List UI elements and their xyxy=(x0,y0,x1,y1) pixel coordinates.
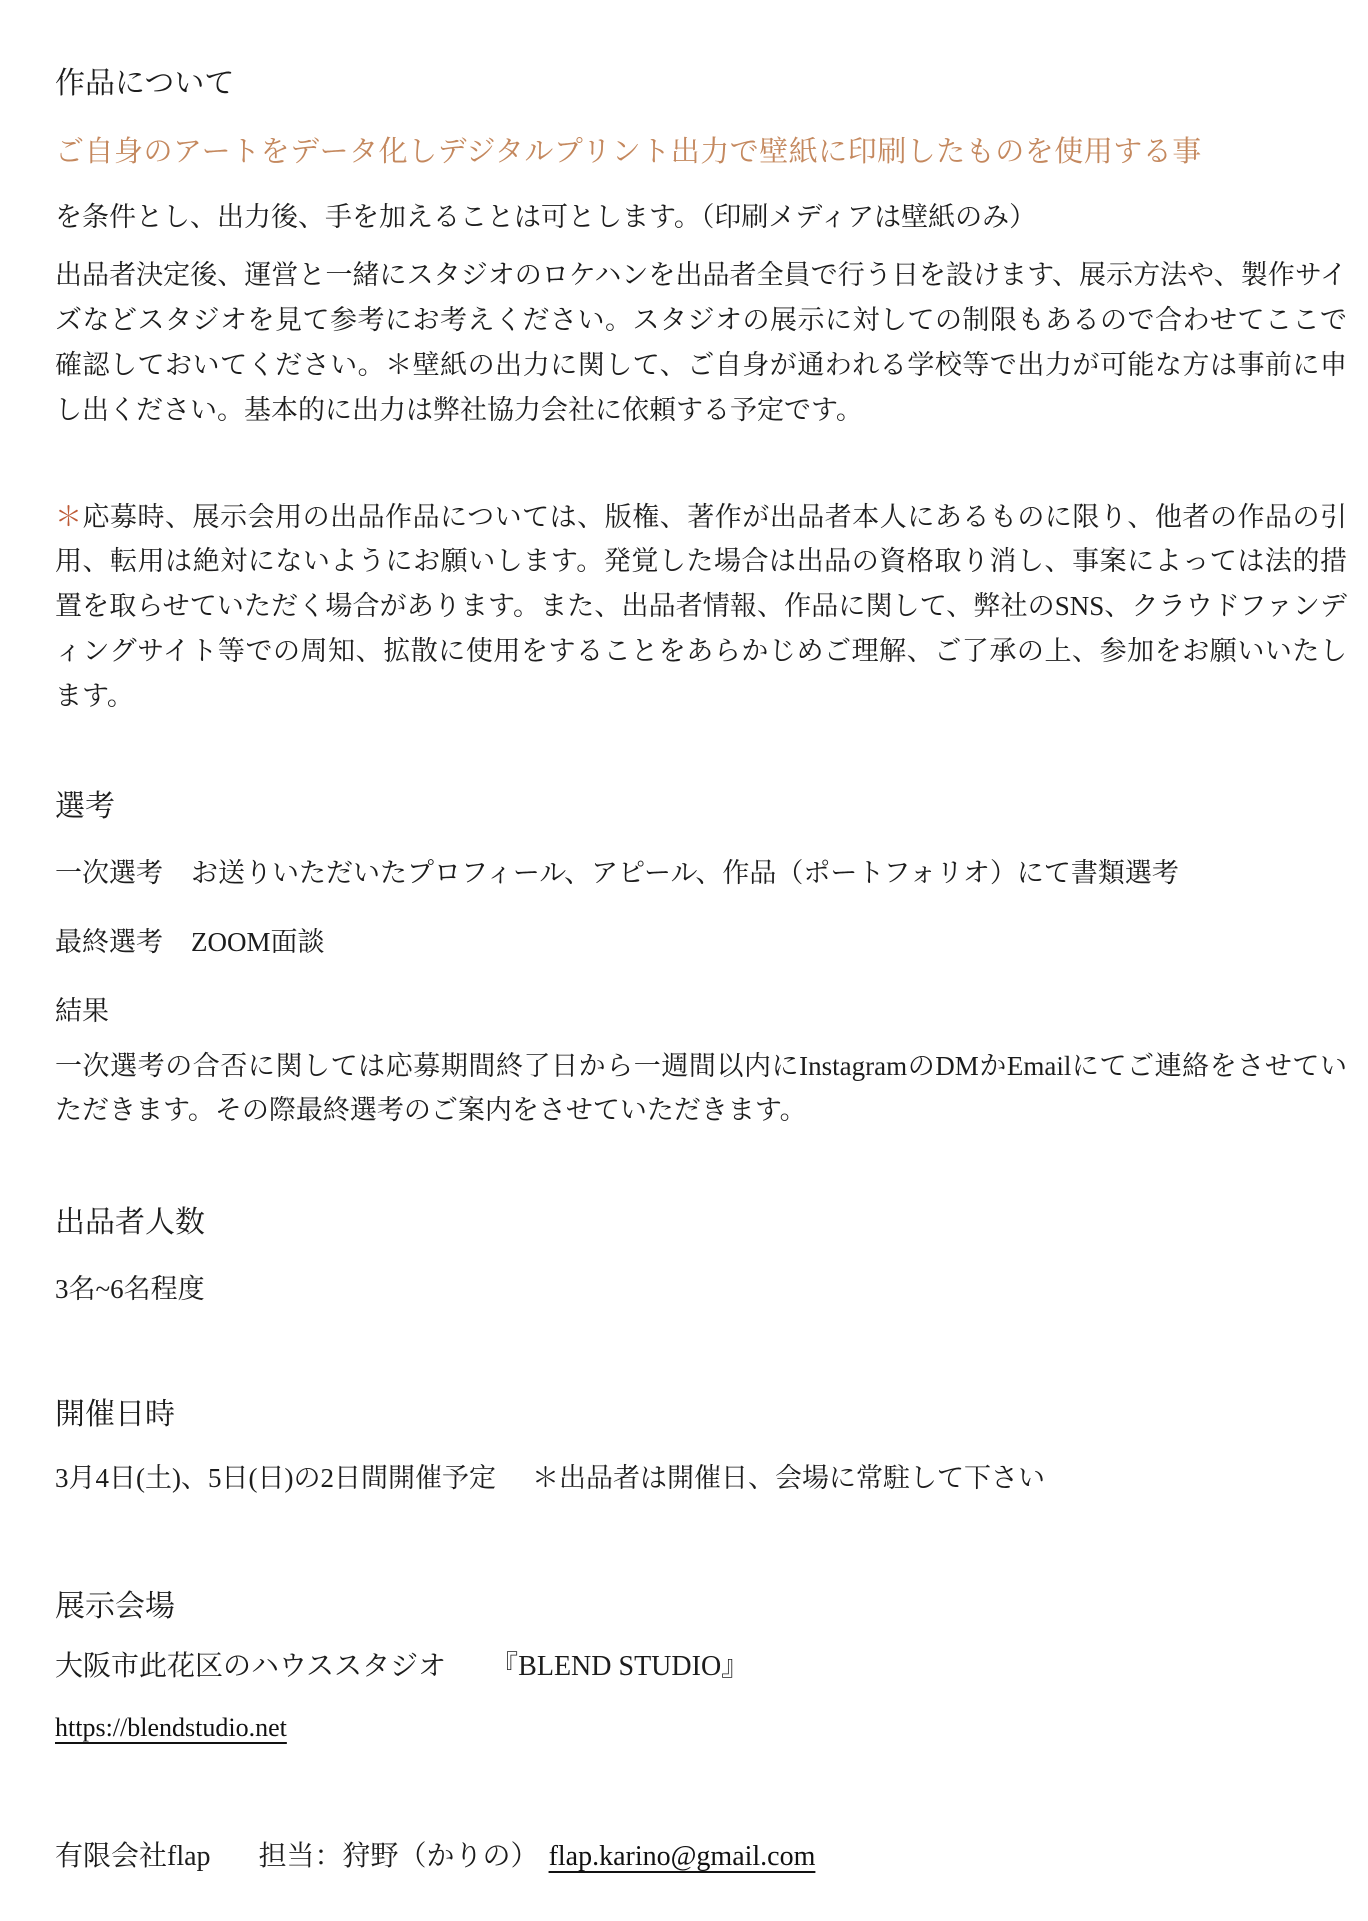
exhibitors-count: 3名~6名程度 xyxy=(55,1268,1347,1311)
about-works-highlight: ご自身のアートをデータ化しデジタルプリント出力で壁紙に印刷したものを使用する事 xyxy=(55,131,1347,173)
section-schedule: 開催日時 3月4日(土)、5日(日)の2日間開催予定＊出品者は開催日、会場に常駐… xyxy=(55,1395,1347,1501)
copyright-note: ＊応募時、展示会用の出品作品については、版権、著作が出品者本人にあるものに限り、… xyxy=(55,495,1347,719)
venue-url-line: https://blendstudio.net xyxy=(55,1708,1347,1747)
selection-first-row: 一次選考お送りいただいたプロフィール、アピール、作品（ポートフォリオ）にて書類選… xyxy=(55,851,1347,896)
selection-first-text: お送りいただいたプロフィール、アピール、作品（ポートフォリオ）にて書類選考 xyxy=(191,858,1179,888)
venue-place: 大阪市此花区のハウススタジオ xyxy=(55,1651,446,1682)
exhibitors-heading: 出品者人数 xyxy=(55,1203,1347,1244)
section-selection: 選考 一次選考お送りいただいたプロフィール、アピール、作品（ポートフォリオ）にて… xyxy=(55,787,1347,1134)
schedule-date-row: 3月4日(土)、5日(日)の2日間開催予定＊出品者は開催日、会場に常駐して下さい xyxy=(55,1457,1347,1500)
about-works-paragraph: 出品者決定後、運営と一緒にスタジオのロケハンを出品者全員で行う日を設けます、展示… xyxy=(55,253,1347,432)
section-venue: 展示会場 大阪市此花区のハウススタジオ『BLEND STUDIO』 https:… xyxy=(55,1587,1347,1747)
section-exhibitors: 出品者人数 3名~6名程度 xyxy=(55,1203,1347,1311)
selection-final-text: ZOOM面談 xyxy=(191,927,325,957)
note-asterisk: ＊ xyxy=(55,502,83,532)
contact-person: 担当：狩野（かりの） xyxy=(259,1835,539,1880)
contact-email-link[interactable]: flap.karino@gmail.com xyxy=(549,1841,816,1872)
about-works-condition: を条件とし、出力後、手を加えることは可とします。（印刷メディアは壁紙のみ） xyxy=(55,195,1347,240)
contact-company: 有限会社flap xyxy=(55,1841,211,1872)
note-text: 応募時、展示会用の出品作品については、版権、著作が出品者本人にあるものに限り、他… xyxy=(55,502,1347,711)
selection-final-row: 最終選考ZOOM面談 xyxy=(55,920,1347,965)
schedule-note: ＊出品者は開催日、会場に常駐して下さい xyxy=(532,1457,1045,1500)
document-content: 作品について ご自身のアートをデータ化しデジタルプリント出力で壁紙に印刷したもの… xyxy=(55,64,1347,1880)
venue-name: 『BLEND STUDIO』 xyxy=(490,1645,749,1690)
section-contact: 有限会社flap担当：狩野（かりの）flap.karino@gmail.com xyxy=(55,1835,1347,1880)
selection-heading: 選考 xyxy=(55,787,1347,828)
selection-first-label: 一次選考 xyxy=(55,851,163,896)
venue-row: 大阪市此花区のハウススタジオ『BLEND STUDIO』 xyxy=(55,1645,1347,1690)
selection-result-text: 一次選考の合否に関しては応募期間終了日から一週間以内にInstagramのDMか… xyxy=(55,1044,1347,1134)
selection-result-label: 結果 xyxy=(55,989,1347,1034)
contact-row: 有限会社flap担当：狩野（かりの）flap.karino@gmail.com xyxy=(55,1835,1347,1880)
schedule-date: 3月4日(土)、5日(日)の2日間開催予定 xyxy=(55,1463,496,1493)
about-works-heading: 作品について xyxy=(55,64,1347,105)
section-about-works: 作品について ご自身のアートをデータ化しデジタルプリント出力で壁紙に印刷したもの… xyxy=(55,64,1347,719)
venue-heading: 展示会場 xyxy=(55,1587,1347,1628)
document-page: 作品について ご自身のアートをデータ化しデジタルプリント出力で壁紙に印刷したもの… xyxy=(0,0,1368,1921)
selection-final-label: 最終選考 xyxy=(55,920,163,965)
schedule-heading: 開催日時 xyxy=(55,1395,1347,1436)
venue-url-link[interactable]: https://blendstudio.net xyxy=(55,1713,287,1742)
